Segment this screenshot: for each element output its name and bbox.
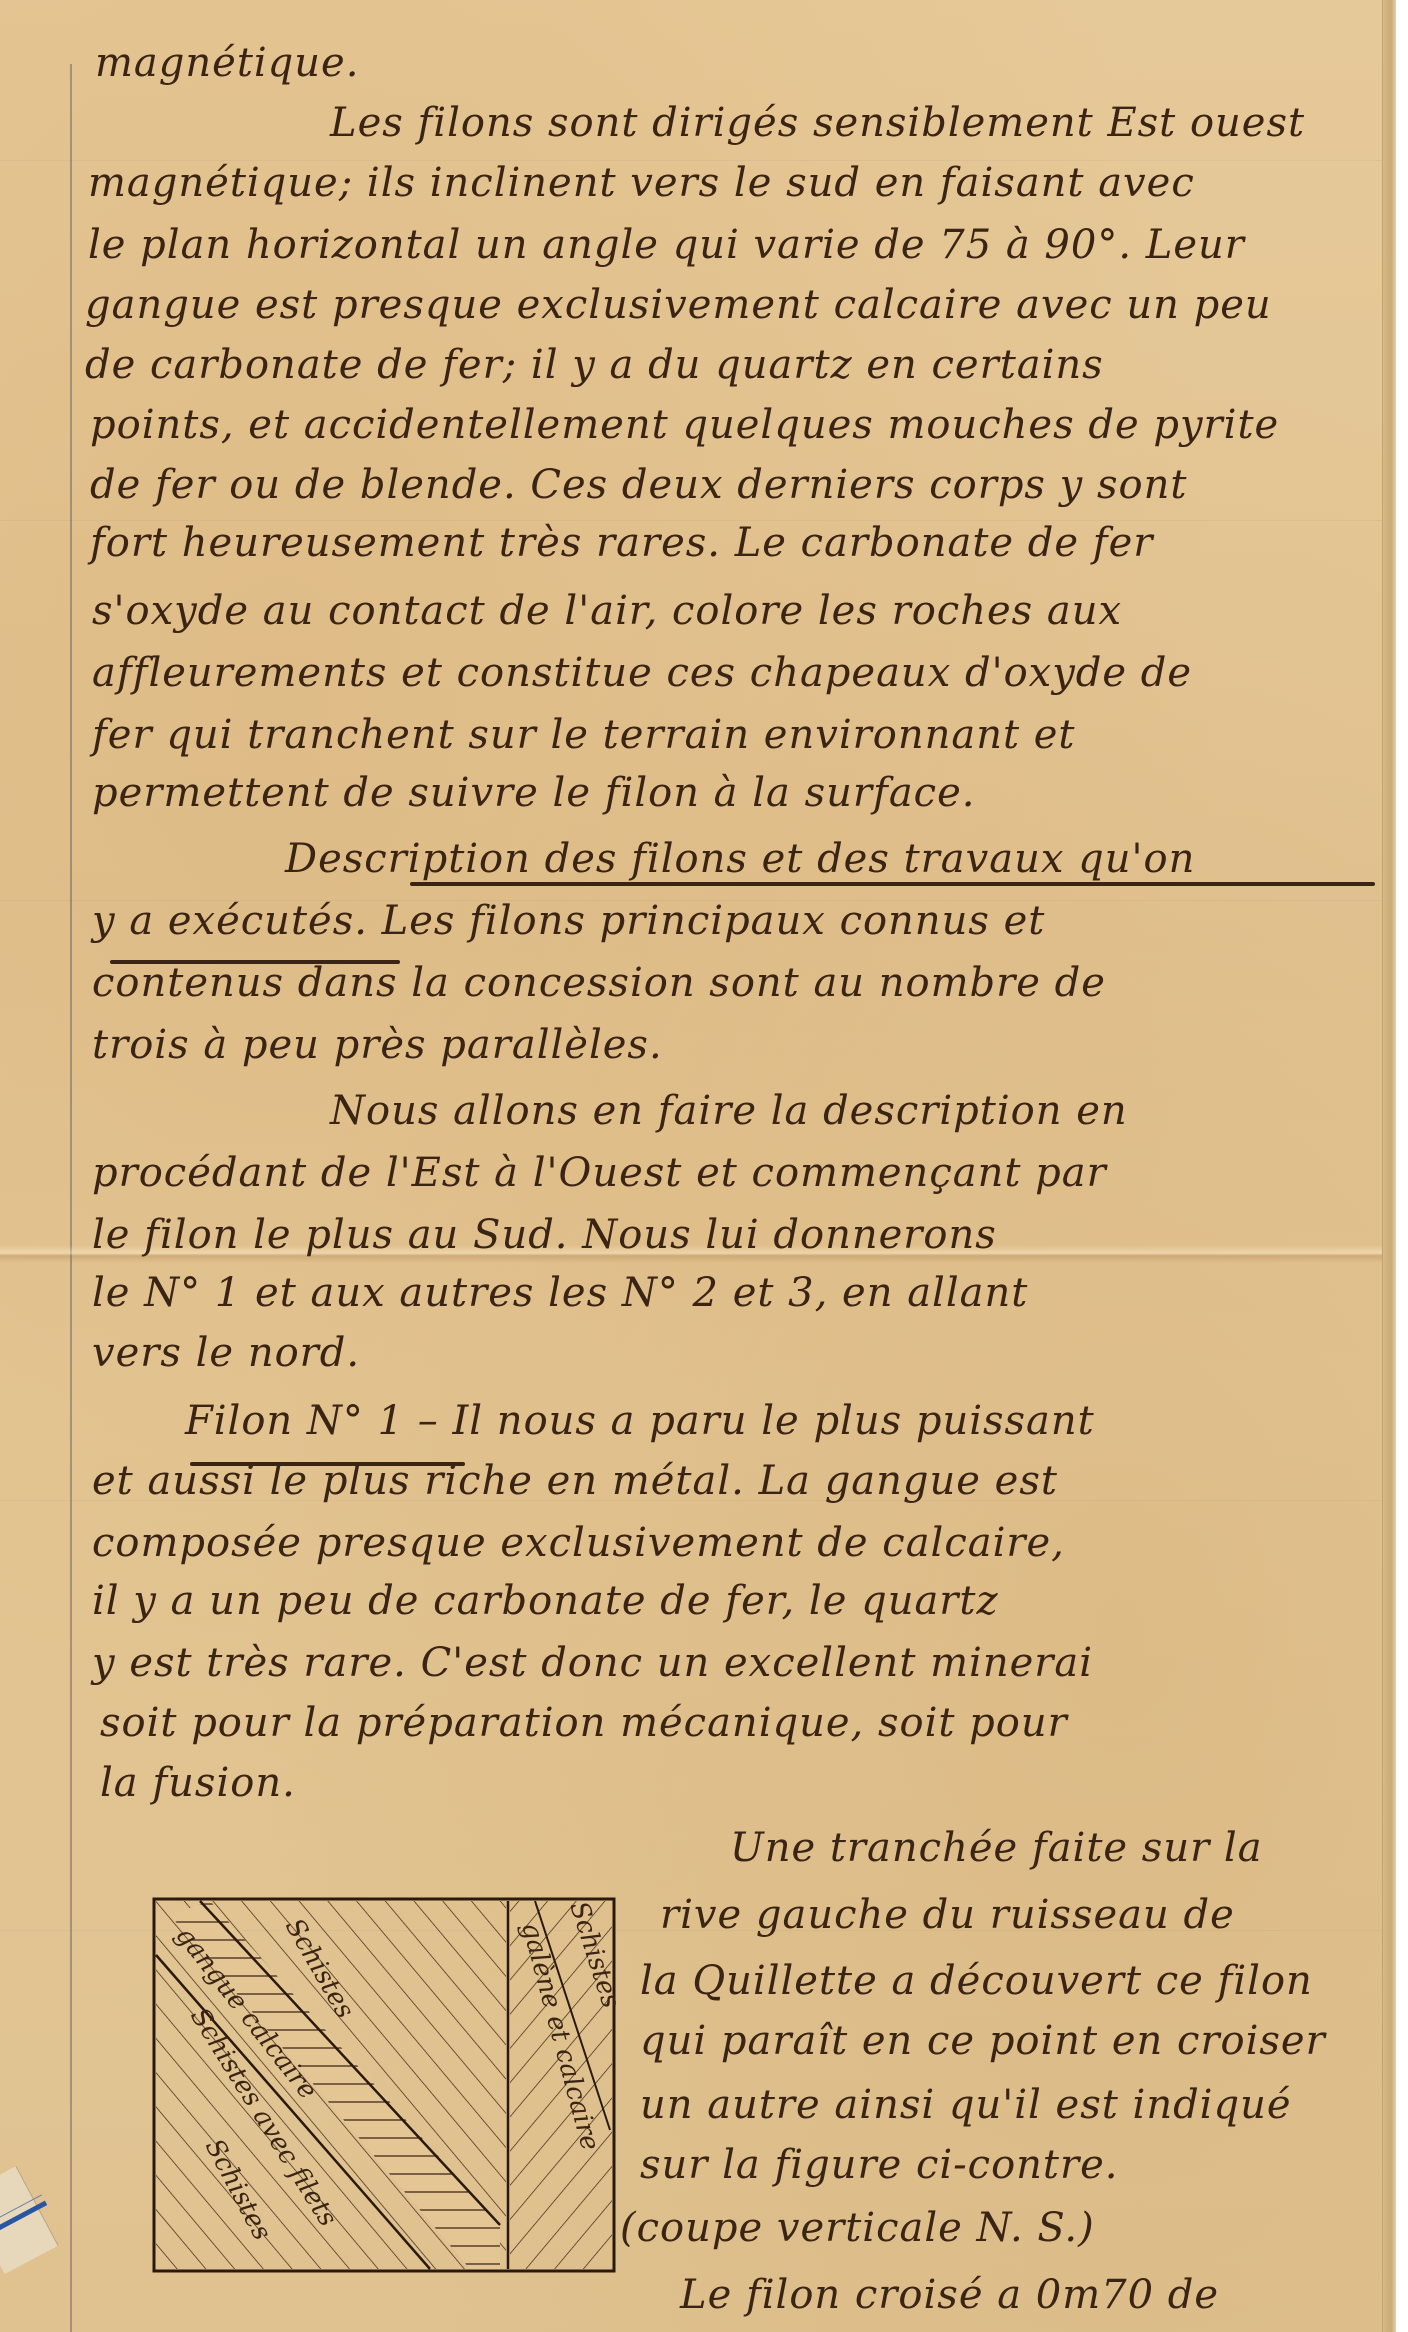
text-line: il y a un peu de carbonate de fer, le qu… [92,1578,999,1624]
text-line: permettent de suivre le filon à la surfa… [92,770,975,816]
text-line: Nous allons en faire la description en [330,1088,1128,1134]
heading-underline [190,1462,465,1466]
text-line: Filon N° 1 – Il nous a paru le plus puis… [185,1398,1095,1444]
text-line: (coupe verticale N. S.) [620,2205,1095,2251]
attached-paper-tab [0,2166,59,2274]
text-line: Les filons sont dirigés sensiblement Est… [330,100,1305,146]
text-line: le plan horizontal un angle qui varie de… [88,222,1245,268]
cross-section-figure: Schistes gangue calcaire Schistes avec f… [150,1895,640,2275]
text-line: Le filon croisé a 0m70 de [680,2272,1219,2318]
text-line: y est très rare. C'est donc un excellent… [92,1640,1093,1686]
tab-rule-blue [0,2201,47,2238]
text-line: affleurements et constitue ces chapeaux … [92,650,1192,696]
text-line: points, et accidentellement quelques mou… [90,402,1279,448]
text-line: la Quillette a découvert ce filon [640,1958,1313,2004]
page-edge [1382,0,1396,2332]
text-line: Description des filons et des travaux qu… [285,836,1195,882]
text-line: rive gauche du ruisseau de [660,1892,1235,1938]
text-line: fer qui tranchent sur le terrain environ… [92,712,1075,758]
manuscript-page: magnétique.Les filons sont dirigés sensi… [0,0,1396,2332]
text-line: le filon le plus au Sud. Nous lui donner… [92,1212,997,1258]
heading-underline [110,960,400,964]
text-line: de fer ou de blende. Ces deux derniers c… [90,462,1187,508]
text-line: gangue est presque exclusivement calcair… [85,282,1272,328]
text-line: un autre ainsi qu'il est indiqué [640,2082,1292,2128]
text-line: fort heureusement très rares. Le carbona… [90,520,1153,566]
text-line: Une tranchée faite sur la [730,1825,1263,1871]
text-line: y a exécutés. Les filons principaux conn… [92,898,1045,944]
text-line: magnétique; ils inclinent vers le sud en… [88,160,1195,206]
text-line: s'oxyde au contact de l'air, colore les … [92,588,1122,634]
text-line: trois à peu près parallèles. [92,1022,663,1068]
text-line: la fusion. [100,1760,296,1806]
text-line: sur la figure ci-contre. [640,2142,1119,2188]
text-line: soit pour la préparation mécanique, soit… [100,1700,1068,1746]
margin-line [70,64,72,2332]
text-line: procédant de l'Est à l'Ouest et commença… [92,1150,1107,1196]
text-line: de carbonate de fer; il y a du quartz en… [85,342,1104,388]
text-line: magnétique. [95,40,359,86]
text-line: contenus dans la concession sont au nomb… [92,960,1106,1006]
heading-underline [410,882,1375,886]
text-line: vers le nord. [92,1330,360,1376]
vein-crossing-diagram: Schistes gangue calcaire Schistes avec f… [150,1895,640,2275]
text-line: le N° 1 et aux autres les N° 2 et 3, en … [92,1270,1028,1316]
text-line: qui paraît en ce point en croiser [640,2018,1326,2064]
text-line: composée presque exclusivement de calcai… [92,1520,1065,1566]
